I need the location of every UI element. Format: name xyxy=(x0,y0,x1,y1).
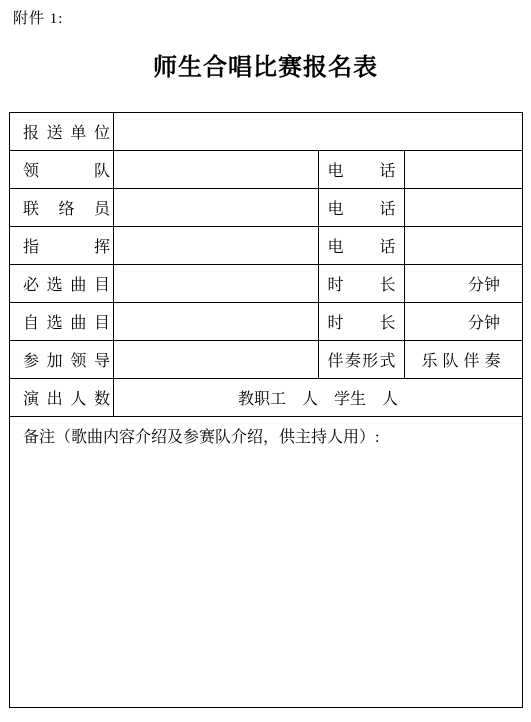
attending-leader-label: 参加领导 xyxy=(23,348,110,371)
required-song-duration-label-cell: 时长 xyxy=(319,265,405,303)
row-conductor: 指挥 电话 xyxy=(10,227,523,265)
page-title: 师生合唱比赛报名表 xyxy=(0,47,531,82)
row-submit-unit: 报送单位 xyxy=(10,113,523,151)
accompaniment-value: 乐队伴奏 xyxy=(405,341,523,379)
registration-form-table: 报送单位 领队 电话 联络员 电话 指挥 xyxy=(9,112,523,708)
optional-song-duration-label-cell: 时长 xyxy=(319,303,405,341)
optional-song-duration-unit: 分钟 xyxy=(405,303,523,341)
conductor-phone-value-cell xyxy=(405,227,523,265)
performer-count-value: 教职工 人 学生 人 xyxy=(114,379,523,417)
submit-unit-label: 报送单位 xyxy=(23,120,110,143)
remarks-cell: 备注（歌曲内容介绍及参赛队介绍，供主持人用）: xyxy=(10,417,523,708)
accompaniment-label-cell: 伴奏形式 xyxy=(319,341,405,379)
row-team-leader: 领队 电话 xyxy=(10,151,523,189)
contact-value-cell xyxy=(114,189,319,227)
team-leader-label-cell: 领队 xyxy=(10,151,114,189)
contact-phone-value-cell xyxy=(405,189,523,227)
conductor-value-cell xyxy=(114,227,319,265)
conductor-label-cell: 指挥 xyxy=(10,227,114,265)
conductor-phone-label-cell: 电话 xyxy=(319,227,405,265)
attending-leader-value-cell xyxy=(114,341,319,379)
attending-leader-label-cell: 参加领导 xyxy=(10,341,114,379)
contact-phone-label: 电话 xyxy=(328,196,396,219)
row-optional-song: 自选曲目 时长 分钟 xyxy=(10,303,523,341)
contact-label: 联络员 xyxy=(23,196,110,219)
row-remarks: 备注（歌曲内容介绍及参赛队介绍，供主持人用）: xyxy=(10,417,523,708)
conductor-label: 指挥 xyxy=(23,234,110,257)
contact-phone-label-cell: 电话 xyxy=(319,189,405,227)
required-song-label: 必选曲目 xyxy=(23,272,110,295)
required-song-value-cell xyxy=(114,265,319,303)
row-performer-count: 演出人数 教职工 人 学生 人 xyxy=(10,379,523,417)
optional-song-duration-label: 时长 xyxy=(328,310,396,333)
performer-count-label-cell: 演出人数 xyxy=(10,379,114,417)
required-song-duration-label: 时长 xyxy=(328,272,396,295)
team-leader-label: 领队 xyxy=(23,158,110,181)
submit-unit-value-cell xyxy=(114,113,523,151)
accompaniment-label: 伴奏形式 xyxy=(328,348,396,371)
required-song-label-cell: 必选曲目 xyxy=(10,265,114,303)
conductor-phone-label: 电话 xyxy=(328,234,396,257)
performer-count-label: 演出人数 xyxy=(23,386,110,409)
row-contact-person: 联络员 电话 xyxy=(10,189,523,227)
attachment-label: 附件 1: xyxy=(13,7,63,28)
submit-unit-label-cell: 报送单位 xyxy=(10,113,114,151)
team-leader-phone-value-cell xyxy=(405,151,523,189)
optional-song-value-cell xyxy=(114,303,319,341)
optional-song-label-cell: 自选曲目 xyxy=(10,303,114,341)
team-leader-phone-label-cell: 电话 xyxy=(319,151,405,189)
team-leader-phone-label: 电话 xyxy=(328,158,396,181)
required-song-duration-unit: 分钟 xyxy=(405,265,523,303)
row-attending-leader: 参加领导 伴奏形式 乐队伴奏 xyxy=(10,341,523,379)
team-leader-value-cell xyxy=(114,151,319,189)
optional-song-label: 自选曲目 xyxy=(23,310,110,333)
row-required-song: 必选曲目 时长 分钟 xyxy=(10,265,523,303)
contact-label-cell: 联络员 xyxy=(10,189,114,227)
